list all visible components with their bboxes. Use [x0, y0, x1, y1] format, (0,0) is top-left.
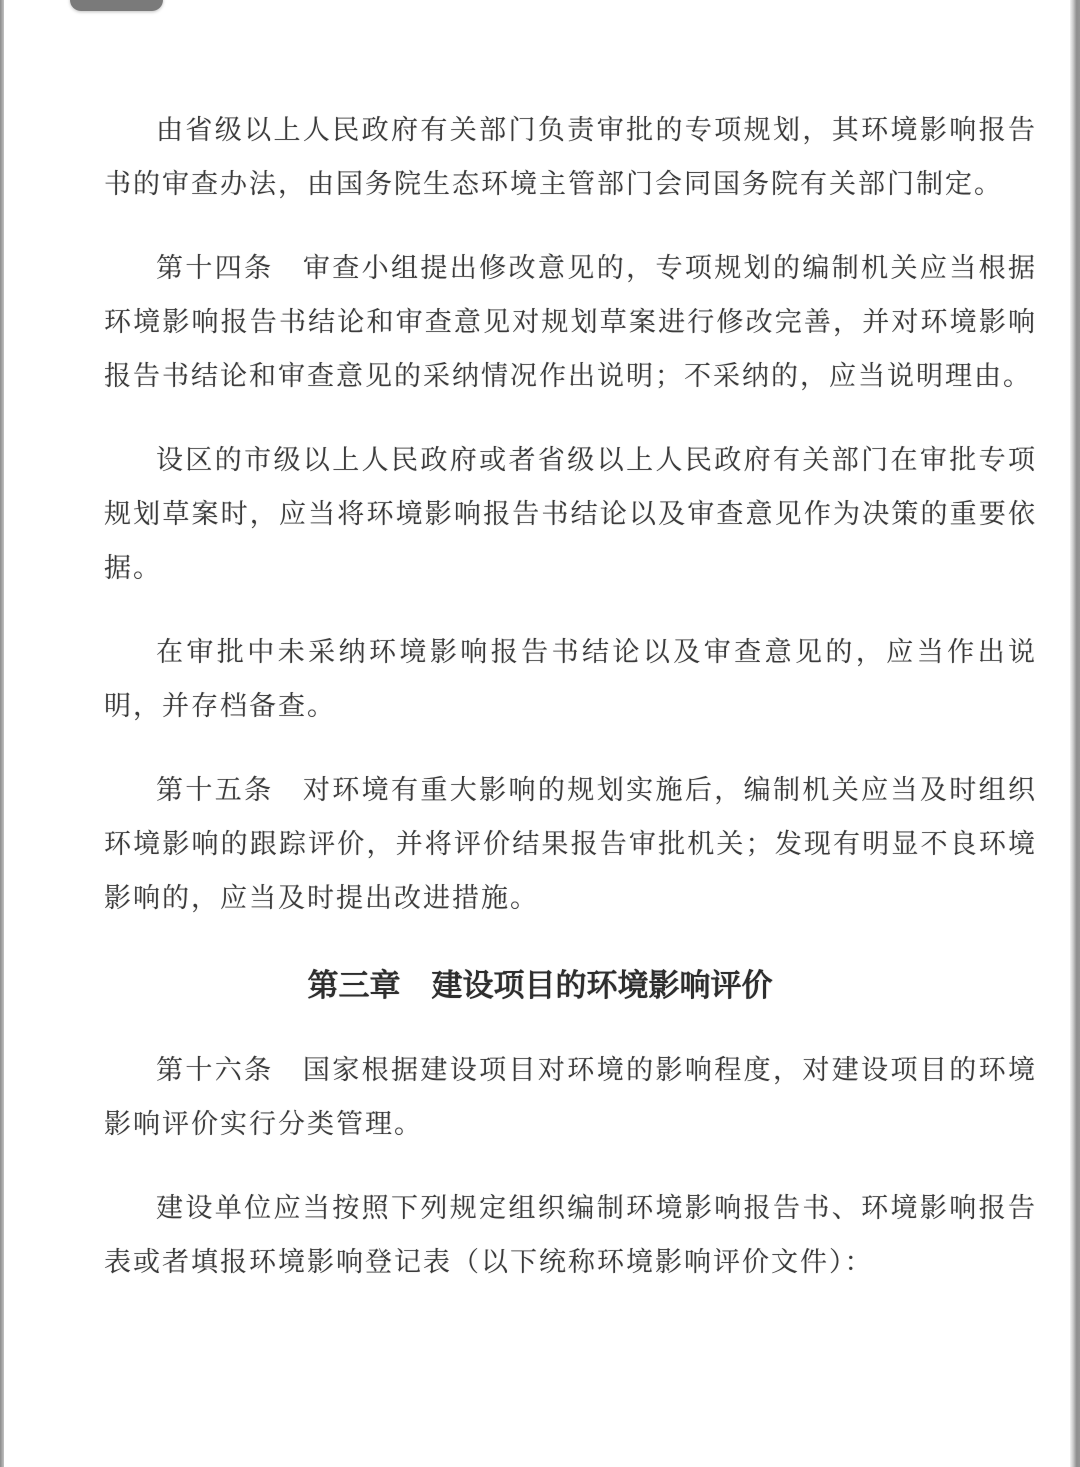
paragraph-line: 第十六条 国家根据建设项目对环境的影响程度，对建设项目的环境 — [104, 1043, 1035, 1097]
paragraph-line: 报告书结论和审查意见的采纳情况作出说明；不采纳的，应当说明理由。 — [104, 349, 1035, 403]
body-paragraph: 建设单位应当按照下列规定组织编制环境影响报告书、环境影响报告 表或者填报环境影响… — [0, 1181, 1080, 1289]
body-paragraph: 在审批中未采纳环境影响报告书结论以及审查意见的，应当作出说 明，并存档备查。 — [0, 625, 1080, 733]
page-right-edge — [1070, 0, 1080, 1467]
document-page: 由省级以上人民政府有关部门负责审批的专项规划，其环境影响报告 书的审查办法，由国… — [0, 0, 1080, 1319]
paragraph-line: 影响评价实行分类管理。 — [104, 1097, 1035, 1151]
body-paragraph: 由省级以上人民政府有关部门负责审批的专项规划，其环境影响报告 书的审查办法，由国… — [0, 103, 1080, 211]
body-paragraph: 第十五条 对环境有重大影响的规划实施后，编制机关应当及时组织 环境影响的跟踪评价… — [0, 763, 1080, 925]
body-paragraph: 设区的市级以上人民政府或者省级以上人民政府有关部门在审批专项 规划草案时，应当将… — [0, 433, 1080, 595]
paragraph-line: 环境影响报告书结论和审查意见对规划草案进行修改完善，并对环境影响 — [104, 295, 1035, 349]
paragraph-line: 由省级以上人民政府有关部门负责审批的专项规划，其环境影响报告 — [104, 103, 1035, 157]
paragraph-line: 第十五条 对环境有重大影响的规划实施后，编制机关应当及时组织 — [104, 763, 1035, 817]
body-paragraph: 第十六条 国家根据建设项目对环境的影响程度，对建设项目的环境 影响评价实行分类管… — [0, 1043, 1080, 1151]
paragraph-line: 环境影响的跟踪评价，并将评价结果报告审批机关；发现有明显不良环境 — [104, 817, 1035, 871]
body-paragraph: 第十四条 审查小组提出修改意见的，专项规划的编制机关应当根据 环境影响报告书结论… — [0, 241, 1080, 403]
paragraph-line: 第十四条 审查小组提出修改意见的，专项规划的编制机关应当根据 — [104, 241, 1035, 295]
chapter-heading: 第三章 建设项目的环境影响评价 — [0, 959, 1080, 1013]
paragraph-line: 在审批中未采纳环境影响报告书结论以及审查意见的，应当作出说 — [104, 625, 1035, 679]
paragraph-line: 规划草案时，应当将环境影响报告书结论以及审查意见作为决策的重要依 — [104, 487, 1035, 541]
paragraph-line: 表或者填报环境影响登记表（以下统称环境影响评价文件）： — [104, 1235, 1035, 1289]
paragraph-line: 建设单位应当按照下列规定组织编制环境影响报告书、环境影响报告 — [104, 1181, 1035, 1235]
paragraph-line: 书的审查办法，由国务院生态环境主管部门会同国务院有关部门制定。 — [104, 157, 1035, 211]
paragraph-line: 明，并存档备查。 — [104, 679, 1035, 733]
page-left-edge — [0, 0, 4, 1467]
page-top-tab — [70, 0, 163, 11]
paragraph-line: 影响的，应当及时提出改进措施。 — [104, 871, 1035, 925]
paragraph-line: 据。 — [104, 541, 1035, 595]
paragraph-line: 设区的市级以上人民政府或者省级以上人民政府有关部门在审批专项 — [104, 433, 1035, 487]
